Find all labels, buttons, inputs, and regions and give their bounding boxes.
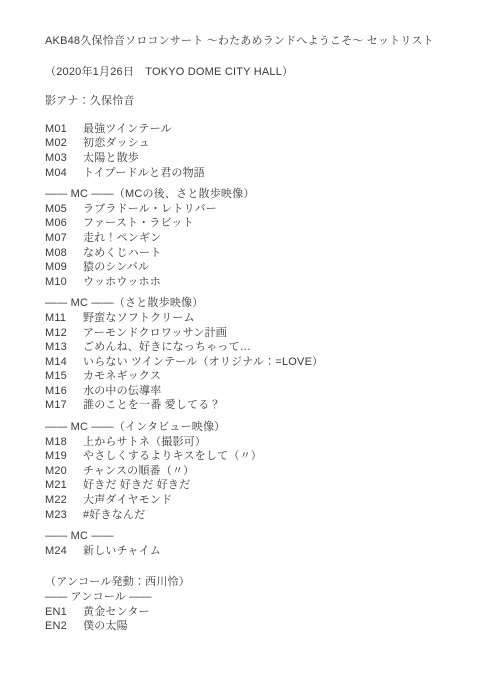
song-number: M24 [45,544,83,559]
song-title: 走れ！ペンギン [83,231,460,246]
encore-trigger-note: （アンコール発動：西川怜） [45,575,460,590]
song-row: M20チャンスの順番（〃） [45,464,460,479]
song-row: M19やさしくするよりキスをして（〃） [45,449,460,464]
song-row: M22大声ダイヤモンド [45,493,460,508]
setlist-section: ―― MC ――（MCの後、さと散歩映像）M05ラブラドール・レトリバーM06フ… [45,187,460,289]
song-row: M01最強ツインテール [45,122,460,137]
song-number: EN2 [45,619,83,634]
song-number: M07 [45,231,83,246]
song-row: EN2僕の太陽 [45,619,460,634]
song-number: M06 [45,216,83,231]
song-row: M16水の中の伝導率 [45,384,460,399]
song-title: カモネギックス [83,369,460,384]
song-title: アーモンドクロワッサン計画 [83,326,460,341]
song-row: M09猿のシンバル [45,260,460,275]
song-title: トイプードルと君の物語 [83,166,460,181]
song-row: M21好きだ 好きだ 好きだ [45,478,460,493]
song-title: 太陽と散歩 [83,151,460,166]
song-row: M10ウッホウッホホ [45,275,460,290]
song-row: M12アーモンドクロワッサン計画 [45,326,460,341]
song-number: M20 [45,464,83,479]
song-number: M16 [45,384,83,399]
song-title: チャンスの順番（〃） [83,464,460,479]
song-title: やさしくするよりキスをして（〃） [83,449,460,464]
song-title: なめくじハート [83,246,460,261]
song-number: M15 [45,369,83,384]
mc-header: ―― MC ―― [45,529,460,544]
song-title: 好きだ 好きだ 好きだ [83,478,460,493]
song-number: M14 [45,355,83,370]
song-number: M01 [45,122,83,137]
encore-block: （アンコール発動：西川怜） ―― アンコール ―― EN1黄金センターEN2僕の… [45,575,460,633]
song-title: 黄金センター [83,605,460,620]
song-number: M12 [45,326,83,341]
mc-header: ―― MC ――（インタビュー映像） [45,420,460,435]
song-number: M11 [45,311,83,326]
song-row: M18上からサトネ（撮影可） [45,435,460,450]
song-number: M09 [45,260,83,275]
song-row: M08なめくじハート [45,246,460,261]
song-title: 大声ダイヤモンド [83,493,460,508]
setlist-section: ―― MC ――（インタビュー映像）M18上からサトネ（撮影可）M19やさしくす… [45,420,460,522]
song-number: M10 [45,275,83,290]
song-title: 僕の太陽 [83,619,460,634]
song-row: EN1黄金センター [45,605,460,620]
song-row: M13ごめんね、好きになっちゃって… [45,340,460,355]
song-number: M05 [45,202,83,217]
song-row: M15カモネギックス [45,369,460,384]
song-number: M23 [45,508,83,523]
song-row: M14いらない ツインテール（オリジナル：=LOVE） [45,355,460,370]
song-title: 猿のシンバル [83,260,460,275]
song-row: M02初恋ダッシュ [45,136,460,151]
song-title: 水の中の伝導率 [83,384,460,399]
song-title: 新しいチャイム [83,544,460,559]
song-title: ウッホウッホホ [83,275,460,290]
document-title: AKB48久保怜音ソロコンサート 〜わたあめランドへようこそ〜 セットリスト [45,34,460,49]
song-number: M13 [45,340,83,355]
song-title: いらない ツインテール（オリジナル：=LOVE） [83,355,460,370]
song-row: M05ラブラドール・レトリバー [45,202,460,217]
song-title: 野蛮なソフトクリーム [83,311,460,326]
setlist-section: ―― MC ――（さと散歩映像）M11野蛮なソフトクリームM12アーモンドクロワ… [45,296,460,413]
setlist-section: ―― MC ――M24新しいチャイム [45,529,460,558]
announcer-line: 影アナ：久保怜音 [45,94,460,109]
event-date-venue: （2020年1月26日 TOKYO DOME CITY HALL） [45,65,460,80]
song-row: M24新しいチャイム [45,544,460,559]
song-row: M06ファースト・ラビット [45,216,460,231]
song-row: M17誰のことを一番 愛してる？ [45,398,460,413]
song-row: M11野蛮なソフトクリーム [45,311,460,326]
song-row: M03太陽と散歩 [45,151,460,166]
song-number: M19 [45,449,83,464]
song-row: M23#好きなんだ [45,508,460,523]
song-number: M02 [45,136,83,151]
song-number: M21 [45,478,83,493]
song-title: ごめんね、好きになっちゃって… [83,340,460,355]
song-title: 初恋ダッシュ [83,136,460,151]
song-number: EN1 [45,605,83,620]
song-title: 上からサトネ（撮影可） [83,435,460,450]
mc-header: ―― MC ――（MCの後、さと散歩映像） [45,187,460,202]
encore-songs: EN1黄金センターEN2僕の太陽 [45,605,460,634]
mc-header: ―― MC ――（さと散歩映像） [45,296,460,311]
song-number: M03 [45,151,83,166]
song-number: M04 [45,166,83,181]
song-title: #好きなんだ [83,508,460,523]
song-row: M07走れ！ペンギン [45,231,460,246]
song-title: 誰のことを一番 愛してる？ [83,398,460,413]
setlist-section: M01最強ツインテールM02初恋ダッシュM03太陽と散歩M04トイプードルと君の… [45,122,460,180]
encore-header: ―― アンコール ―― [45,590,460,605]
setlist-body: M01最強ツインテールM02初恋ダッシュM03太陽と散歩M04トイプードルと君の… [45,122,460,559]
song-title: ラブラドール・レトリバー [83,202,460,217]
song-number: M18 [45,435,83,450]
song-number: M22 [45,493,83,508]
song-title: 最強ツインテール [83,122,460,137]
song-number: M17 [45,398,83,413]
setlist-document: AKB48久保怜音ソロコンサート 〜わたあめランドへようこそ〜 セットリスト （… [0,0,480,679]
song-title: ファースト・ラビット [83,216,460,231]
song-number: M08 [45,246,83,261]
song-row: M04トイプードルと君の物語 [45,166,460,181]
